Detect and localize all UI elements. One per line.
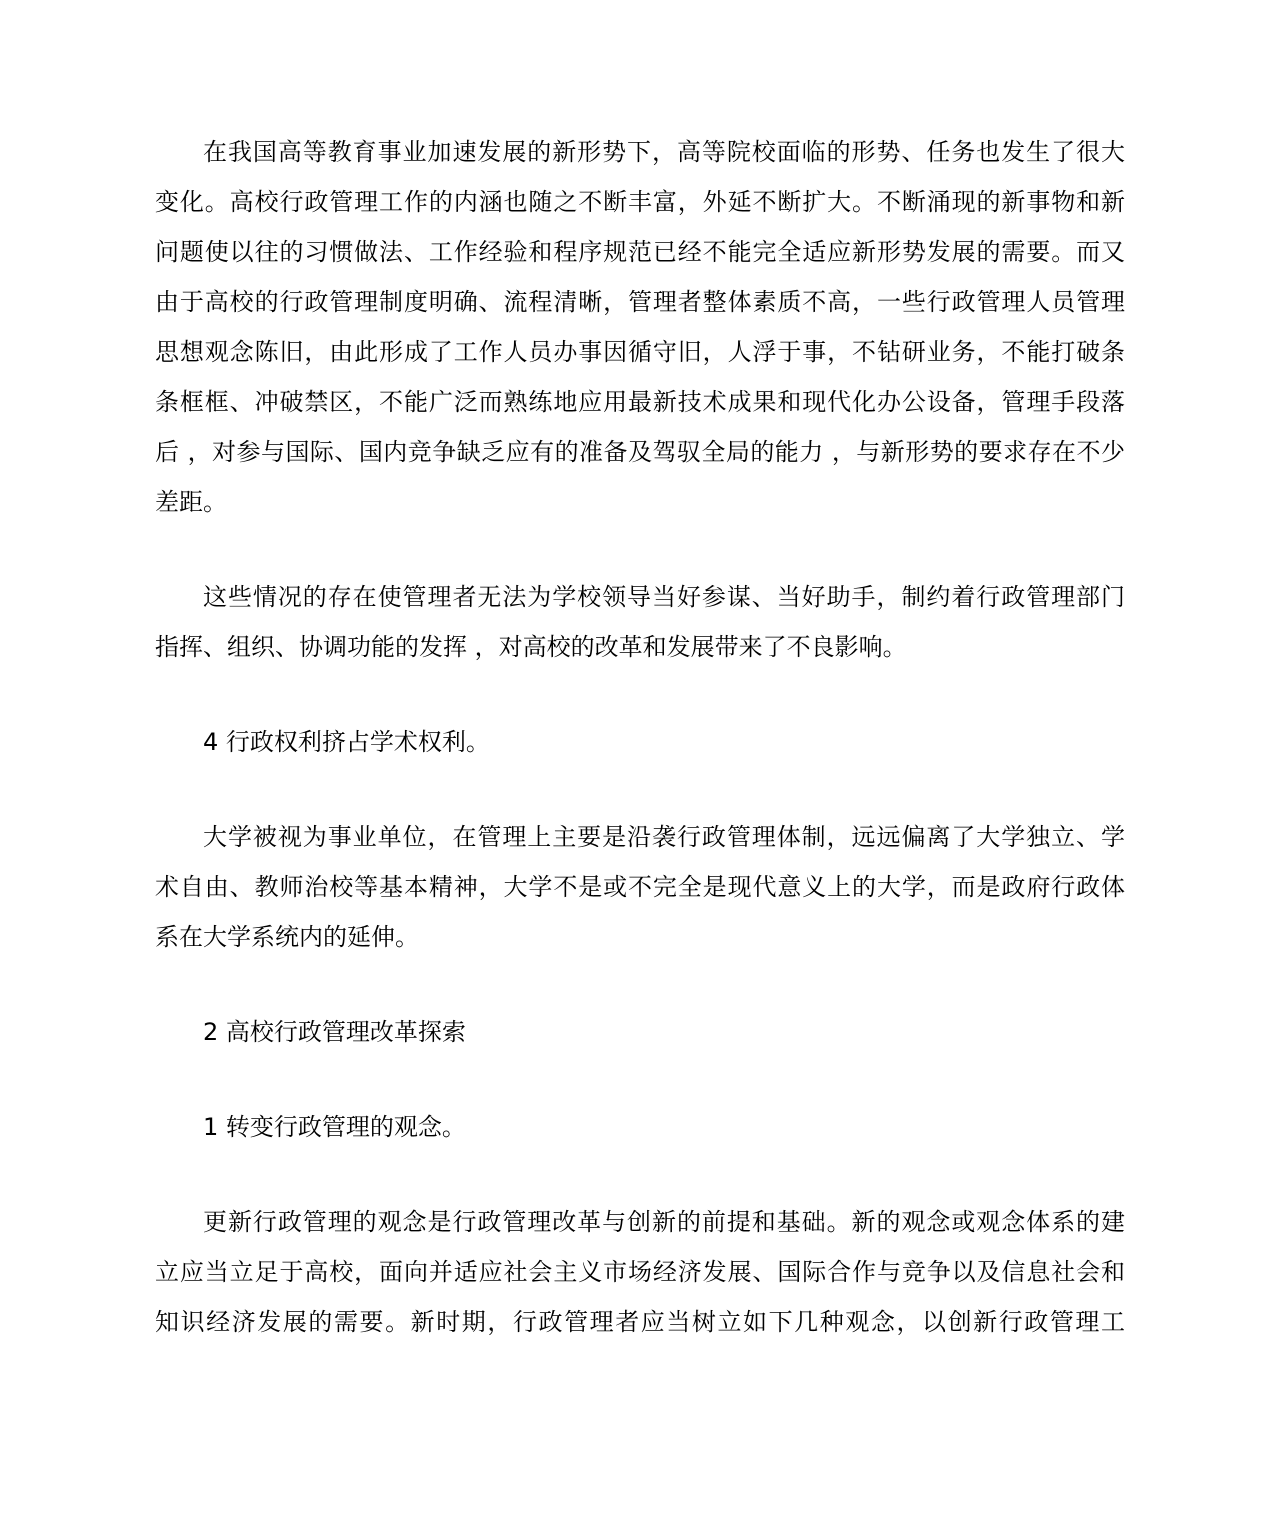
heading-line: 2 高校行政管理改革探索 [155,1007,1125,1057]
document-page: 在我国高等教育事业加速发展的新形势下，高等院校面临的形势、任务也发生了很大 变化… [0,0,1280,1520]
paragraph: 在我国高等教育事业加速发展的新形势下，高等院校面临的形势、任务也发生了很大 变化… [155,127,1125,527]
text-line: 立应当立足于高校，面向并适应社会主义市场经济发展、国际合作与竞争以及信息社会和 [155,1247,1125,1297]
text-line: 更新行政管理的观念是行政管理改革与创新的前提和基础。新的观念或观念体系的建 [155,1197,1125,1247]
section-heading: 2 高校行政管理改革探索 [155,1007,1125,1057]
paragraph: 大学被视为事业单位，在管理上主要是沿袭行政管理体制，远远偏离了大学独立、学 术自… [155,812,1125,962]
text-line: 这些情况的存在使管理者无法为学校领导当好参谋、当好助手，制约着行政管理部门 [155,572,1125,622]
text-line: 由于高校的行政管理制度明确、流程清晰，管理者整体素质不高，一些行政管理人员管理 [155,277,1125,327]
heading-line: 1 转变行政管理的观念。 [155,1102,1125,1152]
section-heading: 4 行政权利挤占学术权利。 [155,717,1125,767]
text-line: 变化。高校行政管理工作的内涵也随之不断丰富，外延不断扩大。不断涌现的新事物和新 [155,177,1125,227]
section-heading: 1 转变行政管理的观念。 [155,1102,1125,1152]
text-line: 系在大学系统内的延伸。 [155,912,1125,962]
heading-line: 4 行政权利挤占学术权利。 [155,717,1125,767]
text-line: 知识经济发展的需要。新时期，行政管理者应当树立如下几种观念，以创新行政管理工 [155,1297,1125,1347]
text-line: 指挥、组织、协调功能的发挥 ，对高校的改革和发展带来了不良影响。 [155,622,1125,672]
text-line: 差距。 [155,477,1125,527]
text-line: 在我国高等教育事业加速发展的新形势下，高等院校面临的形势、任务也发生了很大 [155,127,1125,177]
text-line: 术自由、教师治校等基本精神，大学不是或不完全是现代意义上的大学，而是政府行政体 [155,862,1125,912]
text-line: 后 ，对参与国际、国内竞争缺乏应有的准备及驾驭全局的能力 ，与新形势的要求存在不… [155,427,1125,477]
text-line: 思想观念陈旧，由此形成了工作人员办事因循守旧，人浮于事，不钻研业务，不能打破条 [155,327,1125,377]
text-line: 大学被视为事业单位，在管理上主要是沿袭行政管理体制，远远偏离了大学独立、学 [155,812,1125,862]
paragraph: 更新行政管理的观念是行政管理改革与创新的前提和基础。新的观念或观念体系的建 立应… [155,1197,1125,1347]
text-line: 问题使以往的习惯做法、工作经验和程序规范已经不能完全适应新形势发展的需要。而又 [155,227,1125,277]
paragraph: 这些情况的存在使管理者无法为学校领导当好参谋、当好助手，制约着行政管理部门 指挥… [155,572,1125,672]
text-line: 条框框、冲破禁区，不能广泛而熟练地应用最新技术成果和现代化办公设备，管理手段落 [155,377,1125,427]
